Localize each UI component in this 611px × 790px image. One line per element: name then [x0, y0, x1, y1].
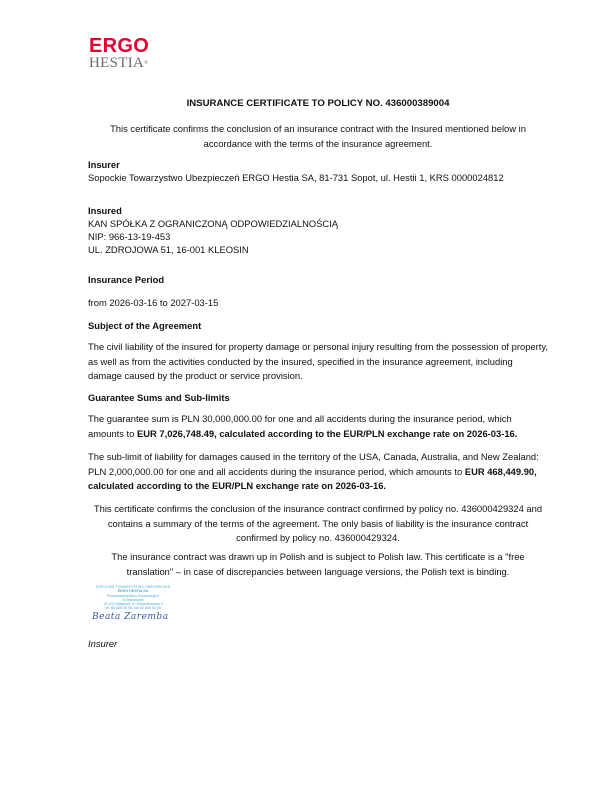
subject-value: The civil liability of the insured for p…	[88, 340, 548, 384]
insured-nip: NIP: 966-13-19-453	[88, 230, 548, 243]
period-label: Insurance Period	[88, 273, 548, 286]
company-stamp: SOPOCKIE TOWARZYSTWO UBEZPIECZEŃ ERGO HE…	[88, 585, 178, 629]
insured-section: Insured KAN SPÓŁKA Z OGRANICZONĄ ODPOWIE…	[88, 204, 548, 256]
document-title: INSURANCE CERTIFICATE TO POLICY NO. 4360…	[88, 98, 548, 109]
guarantee-sum-eur: EUR 7,026,748.49, calculated according t…	[137, 428, 517, 439]
sums-label: Guarantee Sums and Sub-limits	[88, 391, 548, 404]
law-paragraph: The insurance contract was drawn up in P…	[88, 550, 548, 579]
insured-label: Insured	[88, 204, 548, 217]
insured-address: UL. ZDROJOWA 51, 16-001 KLEOSIN	[88, 243, 548, 256]
intro-paragraph: This certificate confirms the conclusion…	[88, 121, 548, 151]
confirmation-paragraph: This certificate confirms the conclusion…	[88, 502, 548, 546]
sub-limit-paragraph: The sub-limit of liability for damages c…	[88, 450, 548, 494]
logo-ergo-text: ERGO	[89, 36, 169, 56]
insurer-section: Insurer Sopockie Towarzystwo Ubezpieczeń…	[88, 158, 548, 184]
period-value: from 2026-03-16 to 2027-03-15	[88, 296, 548, 309]
guarantee-sum-paragraph: The guarantee sum is PLN 30,000,000.00 f…	[88, 412, 548, 441]
logo-hestia-text: HESTIA®	[89, 56, 169, 71]
stamp-line: tel. 85 665 55 55, fax 85 665 55 50	[88, 606, 178, 610]
signature-label: Insurer	[88, 638, 117, 649]
ergo-hestia-logo: ERGO HESTIA®	[89, 36, 169, 71]
insured-name: KAN SPÓŁKA Z OGRANICZONĄ ODPOWIEDZIALNOŚ…	[88, 217, 548, 230]
insurer-value: Sopockie Towarzystwo Ubezpieczeń ERGO He…	[88, 171, 548, 184]
handwritten-signature: Beata Zaremba	[88, 612, 178, 622]
subject-label: Subject of the Agreement	[88, 319, 548, 332]
insurer-label: Insurer	[88, 158, 548, 171]
